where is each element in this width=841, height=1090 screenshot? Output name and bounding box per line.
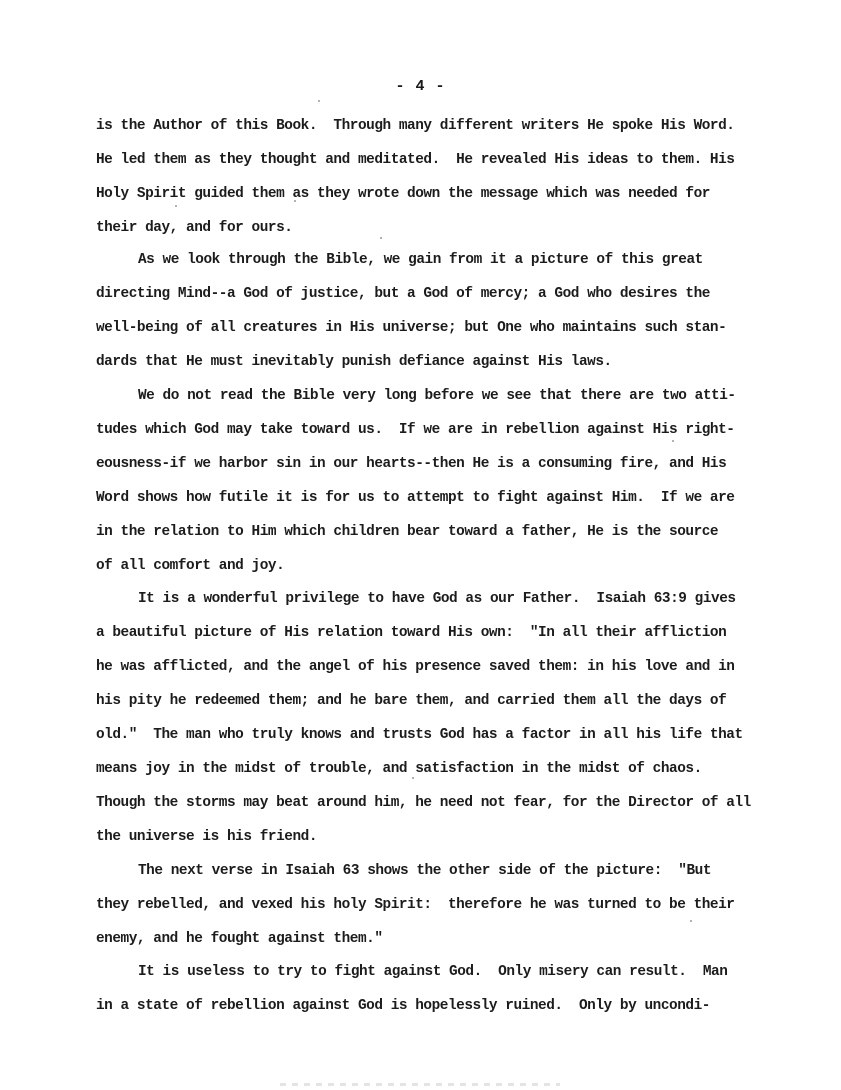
text-line: The next verse in Isaiah 63 shows the ot… xyxy=(138,861,711,881)
text-line: dards that He must inevitably punish def… xyxy=(96,352,612,372)
text-line: old." The man who truly knows and trusts… xyxy=(96,725,743,745)
text-line: He led them as they thought and meditate… xyxy=(96,150,735,170)
scan-smudge xyxy=(280,1083,560,1086)
scan-speck xyxy=(318,100,320,102)
page-number: - 4 - xyxy=(0,78,841,95)
text-line: the universe is his friend. xyxy=(96,827,317,847)
scan-speck xyxy=(412,777,414,779)
text-line: enemy, and he fought against them." xyxy=(96,929,383,949)
text-line: It is useless to try to fight against Go… xyxy=(138,962,727,982)
text-line: is the Author of this Book. Through many… xyxy=(96,116,776,136)
text-line: directing Mind--a God of justice, but a … xyxy=(96,284,710,304)
text-line: they rebelled, and vexed his holy Spirit… xyxy=(96,895,735,915)
scan-speck xyxy=(672,440,674,442)
scan-speck xyxy=(380,237,382,239)
text-line: of all comfort and joy. xyxy=(96,556,284,576)
scan-speck xyxy=(294,200,296,202)
text-line: he was afflicted, and the angel of his p… xyxy=(96,657,735,677)
text-line: As we look through the Bible, we gain fr… xyxy=(138,250,703,270)
text-line: We do not read the Bible very long befor… xyxy=(138,386,736,406)
text-line: in the relation to Him which children be… xyxy=(96,522,718,542)
text-line: It is a wonderful privilege to have God … xyxy=(138,589,736,609)
text-line: Word shows how futile it is for us to at… xyxy=(96,488,735,508)
text-line: in a state of rebellion against God is h… xyxy=(96,996,710,1016)
text-line: eousness-if we harbor sin in our hearts-… xyxy=(96,454,726,474)
scan-speck xyxy=(690,920,692,922)
text-line: means joy in the midst of trouble, and s… xyxy=(96,759,702,779)
text-line: his pity he redeemed them; and he bare t… xyxy=(96,691,726,711)
text-line: Holy Spirit guided them as they wrote do… xyxy=(96,184,710,204)
text-line: tudes which God may take toward us. If w… xyxy=(96,420,735,440)
document-page: - 4 - is the Author of this Book. Throug… xyxy=(0,0,841,1090)
scan-speck xyxy=(175,205,177,207)
text-line: their day, and for ours. xyxy=(96,218,292,238)
text-line: a beautiful picture of His relation towa… xyxy=(96,623,726,643)
text-line: well-being of all creatures in His unive… xyxy=(96,318,726,338)
text-line: Though the storms may beat around him, h… xyxy=(96,793,751,813)
